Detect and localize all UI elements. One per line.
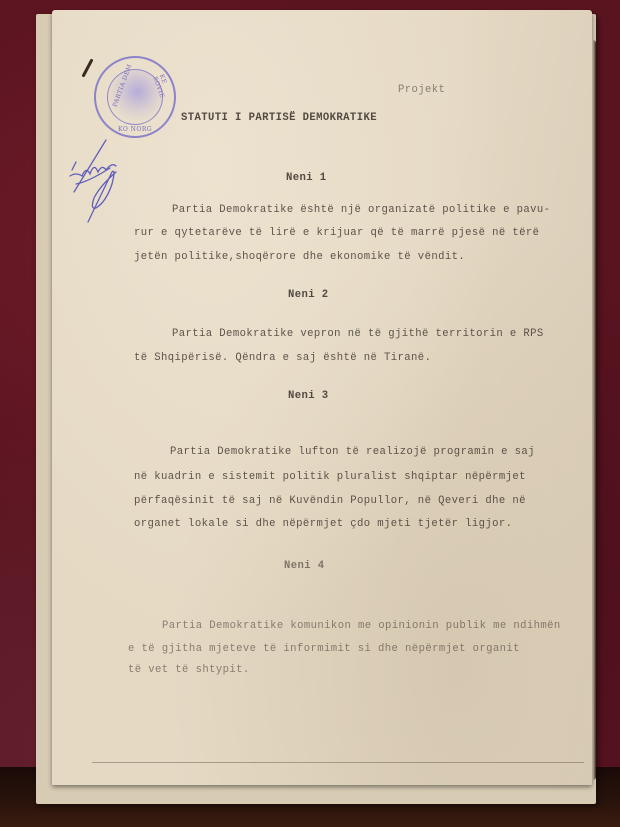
- article-2-line: Partia Demokratike vepron në të gjithë t…: [172, 328, 544, 340]
- article-4-line: Partia Demokratike komunikon me opinioni…: [162, 620, 561, 632]
- article-4-line: e të gjitha mjeteve të informimit si dhe…: [128, 643, 520, 655]
- article-1-line: jetën politike,shoqërore dhe ekonomike t…: [134, 251, 465, 263]
- article-2-heading: Neni 2: [288, 289, 329, 301]
- article-3-heading: Neni 3: [288, 390, 329, 402]
- article-3-line: në kuadrin e sistemit politik pluralist …: [134, 471, 526, 483]
- party-stamp-icon: PARTIA DEM KE SOVIE KO NORG: [94, 56, 176, 138]
- article-1-line: Partia Demokratike është një organizatë …: [172, 204, 550, 216]
- article-3-line: organet lokale si dhe nëpërmjet çdo mjet…: [134, 518, 512, 530]
- article-3-line: Partia Demokratike lufton të realizojë p…: [170, 446, 535, 458]
- signature-icon: [66, 132, 126, 232]
- article-1-line: rur e qytetarëve të lirë e krijuar që të…: [134, 227, 539, 239]
- article-3-line: përfaqësinit të saj në Kuvëndin Popullor…: [134, 495, 526, 507]
- article-1-heading: Neni 1: [286, 172, 327, 184]
- article-4-line: të vet të shtypit.: [128, 664, 250, 676]
- article-4-heading: Neni 4: [284, 560, 325, 572]
- fold-line: [92, 762, 584, 763]
- document-title: STATUTI I PARTISË DEMOKRATIKE: [181, 112, 377, 124]
- article-2-line: të Shqipërisë. Qëndra e saj është në Tir…: [134, 352, 431, 364]
- projekt-label: Projekt: [398, 84, 445, 96]
